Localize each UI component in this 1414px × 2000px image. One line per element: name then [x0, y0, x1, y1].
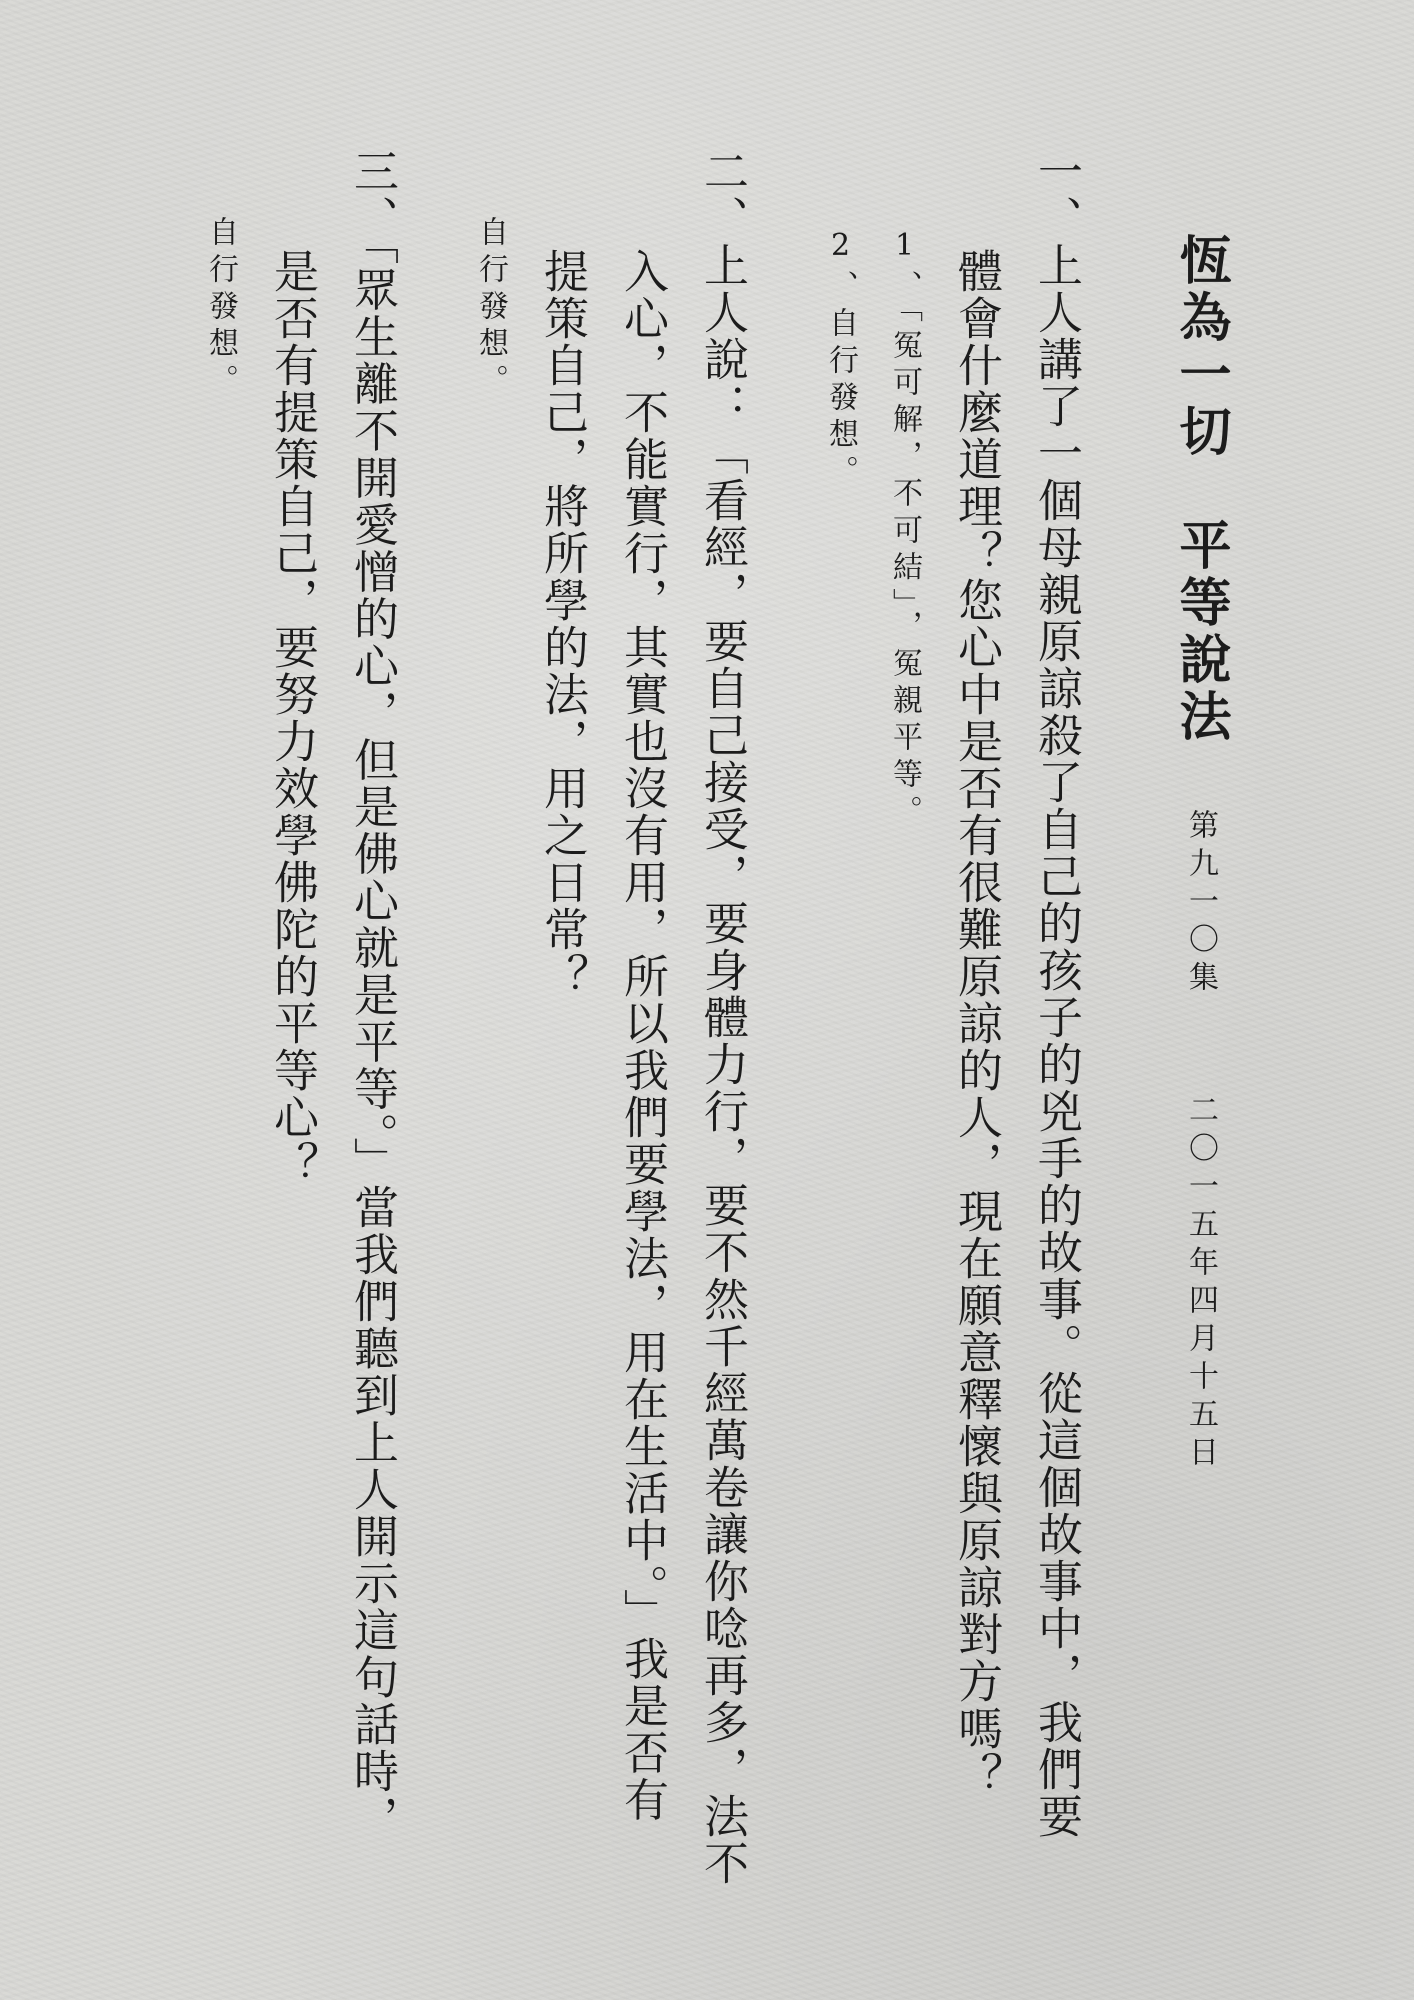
note-section: 三、「眾生離不開愛憎的心，但是佛心就是平等。」當我們聽到上人開示這句話時，是否有… [200, 148, 400, 1887]
episode-number: 第九一〇集 [1183, 809, 1218, 999]
title-column: 恆為一切 平等說法 第九一〇集 二〇一五年四月十五日 [1172, 233, 1228, 1887]
text-line: 三、「眾生離不開愛憎的心，但是佛心就是平等。」當我們聽到上人開示這句話時， [344, 148, 400, 1887]
text-line: 入心，不能實行，其實也沒有用，所以我們要學法，用在生活中。」我是否有 [614, 248, 670, 1887]
notes-sections: 一、上人講了一個母親原諒殺了自己的孩子的兇手的故事。從這個故事中，我們要體會什麼… [200, 148, 1084, 1887]
list-number: 2 [823, 228, 858, 270]
vertical-text-block: 恆為一切 平等說法 第九一〇集 二〇一五年四月十五日 一、上人講了一個母親原諒殺… [130, 148, 1228, 1887]
text-line: 2、自行發想。 [820, 228, 860, 1887]
scanned-page: 恆為一切 平等說法 第九一〇集 二〇一五年四月十五日 一、上人講了一個母親原諒殺… [0, 0, 1414, 2000]
text-line: 1、「冤可解，不可結」，冤親平等。 [884, 228, 924, 1887]
broadcast-date: 二〇一五年四月十五日 [1183, 1094, 1218, 1474]
note-section: 二、上人說：「看經，要自己接受，要身體力行，要不然千經萬卷讓你唸再多，法不入心，… [470, 148, 750, 1887]
text-line: 自行發想。 [200, 216, 240, 1887]
list-number: 1 [887, 228, 922, 270]
text-line: 是否有提策自己，要努力效學佛陀的平等心？ [264, 248, 320, 1887]
text-line: 提策自己，將所學的法，用之日常？ [534, 248, 590, 1887]
text-line: 二、上人說：「看經，要自己接受，要身體力行，要不然千經萬卷讓你唸再多，法不 [694, 148, 750, 1887]
note-section: 一、上人講了一個母親原諒殺了自己的孩子的兇手的故事。從這個故事中，我們要體會什麼… [820, 148, 1084, 1887]
text-line: 一、上人講了一個母親原諒殺了自己的孩子的兇手的故事。從這個故事中，我們要 [1028, 148, 1084, 1887]
document-title: 恆為一切 平等說法 [1170, 233, 1231, 746]
text-line: 體會什麼道理？您心中是否有很難原諒的人，現在願意釋懷與原諒對方嗎？ [948, 248, 1004, 1887]
text-line: 自行發想。 [470, 216, 510, 1887]
